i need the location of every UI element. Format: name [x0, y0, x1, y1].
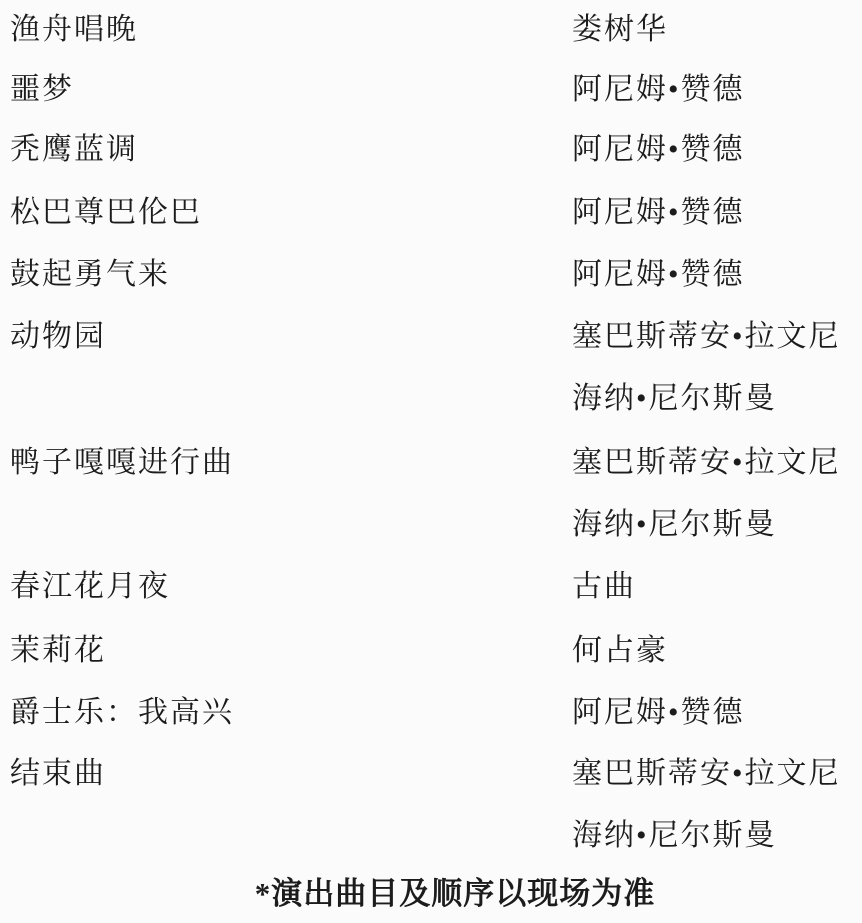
piece-title: 秃鹰蓝调 [10, 133, 138, 167]
program-row: 秃鹰蓝调 阿尼姆•赞德 [0, 133, 862, 173]
program-row: 噩梦 阿尼姆•赞德 [0, 73, 862, 113]
piece-title: 松巴尊巴伦巴 [10, 196, 202, 230]
program-row: 茉莉花 何占豪 [0, 634, 862, 674]
piece-title: 茉莉花 [10, 634, 106, 668]
composer-name: 古曲 [572, 570, 636, 604]
piece-title: 鸭子嘎嘎进行曲 [10, 446, 234, 480]
composer-name: 塞巴斯蒂安•拉文尼 [572, 446, 841, 480]
composer-name: 阿尼姆•赞德 [572, 258, 745, 292]
composer-name: 何占豪 [572, 634, 668, 668]
piece-title: 爵士乐：我高兴 [10, 696, 234, 730]
composer-name: 娄树华 [572, 13, 668, 47]
program-row: 动物园 塞巴斯蒂安•拉文尼 [0, 320, 862, 360]
composer-name: 海纳•尼尔斯曼 [572, 819, 777, 853]
piece-title: 动物园 [10, 320, 106, 354]
program-row: 松巴尊巴伦巴 阿尼姆•赞德 [0, 196, 862, 236]
composer-name: 阿尼姆•赞德 [572, 133, 745, 167]
composer-name: 塞巴斯蒂安•拉文尼 [572, 757, 841, 791]
program-row: 春江花月夜 古曲 [0, 570, 862, 610]
program-footnote: *演出曲目及顺序以现场为准 [0, 876, 862, 912]
composer-name: 海纳•尼尔斯曼 [572, 508, 777, 542]
program-row: 渔舟唱晚 娄树华 [0, 13, 862, 53]
composer-name: 阿尼姆•赞德 [572, 196, 745, 230]
program-row: 鼓起勇气来 阿尼姆•赞德 [0, 258, 862, 298]
piece-title: 噩梦 [10, 73, 74, 107]
program-row-continuation: 海纳•尼尔斯曼 [0, 382, 862, 422]
piece-title: 结束曲 [10, 757, 106, 791]
composer-name: 塞巴斯蒂安•拉文尼 [572, 320, 841, 354]
program-row: 鸭子嘎嘎进行曲 塞巴斯蒂安•拉文尼 [0, 446, 862, 486]
piece-title: 渔舟唱晚 [10, 13, 138, 47]
concert-program-page: 渔舟唱晚 娄树华 噩梦 阿尼姆•赞德 秃鹰蓝调 阿尼姆•赞德 松巴尊巴伦巴 阿尼… [0, 0, 862, 923]
piece-title: 鼓起勇气来 [10, 258, 170, 292]
program-row-continuation: 海纳•尼尔斯曼 [0, 508, 862, 548]
piece-title: 春江花月夜 [10, 570, 170, 604]
composer-name: 海纳•尼尔斯曼 [572, 382, 777, 416]
program-row-continuation: 海纳•尼尔斯曼 [0, 819, 862, 859]
program-row: 爵士乐：我高兴 阿尼姆•赞德 [0, 696, 862, 736]
program-row: 结束曲 塞巴斯蒂安•拉文尼 [0, 757, 862, 797]
composer-name: 阿尼姆•赞德 [572, 696, 745, 730]
composer-name: 阿尼姆•赞德 [572, 73, 745, 107]
